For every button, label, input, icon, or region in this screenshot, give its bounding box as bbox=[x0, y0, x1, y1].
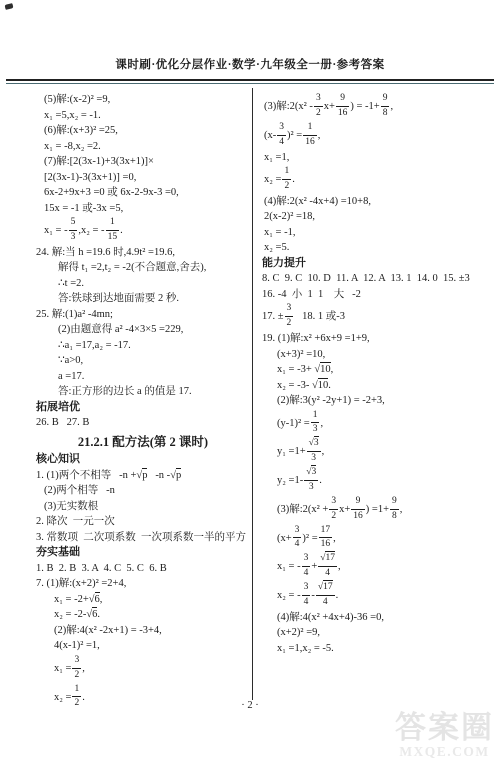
answer-line: 24. 解:当 h =19.6 时,4.9t² =19.6, bbox=[36, 245, 250, 261]
fraction: 1716 bbox=[319, 525, 333, 552]
answer-line: (3)解:2(x² +32x+916) =1+98, bbox=[262, 495, 484, 524]
answer-line: (5)解:(x-2)² =9, bbox=[36, 92, 250, 108]
sqrt-icon: √3 bbox=[309, 436, 319, 448]
section-label: 拓展培优 bbox=[36, 400, 250, 416]
sqrt-icon: √17 bbox=[320, 551, 335, 563]
fraction: √33 bbox=[307, 438, 321, 465]
sqrt-icon: √p bbox=[170, 468, 181, 481]
page-title: 课时刷·优化分层作业·数学·九年级全一册·参考答案 bbox=[0, 56, 500, 72]
answer-line: a =17. bbox=[36, 369, 250, 385]
fraction: 32 bbox=[285, 303, 294, 330]
answer-line: (x-34)² =116, bbox=[262, 121, 484, 150]
answer-line: 25. 解:(1)a² -4mn; bbox=[36, 307, 250, 323]
answer-line: 16. -4 小 1 1 大 -2 bbox=[262, 287, 484, 303]
sqrt-icon: √3 bbox=[306, 465, 316, 477]
answer-line: (2)解:4(x² -2x+1) = -3+4, bbox=[36, 623, 250, 639]
sqrt-icon: √6 bbox=[89, 592, 100, 605]
fraction: 116 bbox=[303, 122, 317, 149]
answer-line: (3)无实数根 bbox=[36, 499, 250, 515]
fraction: 32 bbox=[72, 655, 81, 682]
answer-line: 1. (1)两个不相等 -n +√p -n -√p bbox=[36, 468, 250, 484]
column-divider bbox=[252, 88, 253, 700]
watermark-site: MXQE.COM bbox=[395, 745, 494, 759]
answer-line: x₁ =1,x₂ = -5. bbox=[262, 641, 484, 657]
section-label: 能力提升 bbox=[262, 256, 484, 272]
answer-line: x₁ = -8,x₂ =2. bbox=[36, 139, 250, 155]
fraction: √33 bbox=[304, 467, 318, 494]
fraction: 34 bbox=[302, 582, 311, 609]
fraction: 115 bbox=[106, 217, 120, 244]
answer-line: x₂ =5. bbox=[262, 240, 484, 256]
answer-line: 19. (1)解:x² +6x+9 =1+9, bbox=[262, 331, 484, 347]
answer-line: [2(3x-1)-3(3x+1)] =0, bbox=[36, 170, 250, 186]
answer-line: (y-1)² =13, bbox=[262, 409, 484, 438]
fraction: 32 bbox=[314, 93, 323, 120]
header-rule bbox=[6, 79, 494, 81]
answer-line: (3)解:2(x² -32x+916) = -1+98, bbox=[262, 92, 484, 121]
answer-line: (6)解:(x+3)² =25, bbox=[36, 123, 250, 139]
answer-line: (x+34)² =1716, bbox=[262, 524, 484, 553]
answer-line: (x+2)² =9, bbox=[262, 625, 484, 641]
fraction: 98 bbox=[381, 93, 390, 120]
corner-artifact bbox=[5, 3, 14, 10]
answer-line: (4)解:2(x² -4x+4) =10+8, bbox=[262, 194, 484, 210]
answer-line: (2)解:3(y² -2y+1) = -2+3, bbox=[262, 393, 484, 409]
left-column: (5)解:(x-2)² =9,x₁ =5,x₂ = -1.(6)解:(x+3)²… bbox=[36, 92, 250, 711]
answer-line: 26. B 27. B bbox=[36, 415, 250, 431]
fraction: 53 bbox=[69, 217, 78, 244]
answer-line: ∵a>0, bbox=[36, 353, 250, 369]
page: { "header": { "title": "课时刷·优化分层作业·数学·九年… bbox=[0, 0, 500, 767]
answer-line: 2(x-2)² =18, bbox=[262, 209, 484, 225]
fraction: 32 bbox=[329, 496, 338, 523]
answer-line: (2)由题意得 a² -4×3×5 =229, bbox=[36, 322, 250, 338]
answer-line: x₁ = -2+√6, bbox=[36, 592, 250, 608]
answer-line: x₂ = -2-√6. bbox=[36, 607, 250, 623]
answer-line: x₁ = -53,x₂ = -115. bbox=[36, 216, 250, 245]
right-column: (3)解:2(x² -32x+916) = -1+98,(x-34)² =116… bbox=[262, 92, 484, 656]
answer-line: y₁ =1+√33, bbox=[262, 437, 484, 466]
answer-line: 答:铁球到达地面需要 2 秒. bbox=[36, 291, 250, 307]
fraction: √174 bbox=[316, 582, 335, 609]
answer-line: ∴t =2. bbox=[36, 276, 250, 292]
answer-line: (2)两个相等 -n bbox=[36, 483, 250, 499]
watermark-logo: 答案圈 bbox=[395, 712, 494, 745]
answer-line: x₂ = -3- √10. bbox=[262, 378, 484, 394]
answer-line: 答:正方形的边长 a 的值是 17. bbox=[36, 384, 250, 400]
answer-line: (7)解:[2(3x-1)+3(3x+1)]× bbox=[36, 154, 250, 170]
fraction: 34 bbox=[293, 525, 302, 552]
answer-line: 7. (1)解:(x+2)² =2+4, bbox=[36, 576, 250, 592]
answer-line: x₁ = -34+√174, bbox=[262, 552, 484, 581]
fraction: 916 bbox=[351, 496, 365, 523]
answer-line: 17. ±32 18. 1 或-3 bbox=[262, 302, 484, 331]
answer-line: 2. 降次 一元一次 bbox=[36, 514, 250, 530]
answer-line: x₁ = -1, bbox=[262, 225, 484, 241]
answer-line: ∴a₁ =17,a₂ = -17. bbox=[36, 338, 250, 354]
section-heading: 21.2.1 配方法(第 2 课时) bbox=[36, 435, 250, 451]
answer-line: 6x-2+9x+3 =0 或 6x-2-9x-3 =0, bbox=[36, 185, 250, 201]
sqrt-icon: √10 bbox=[314, 362, 330, 375]
answer-line: x₂ =12. bbox=[262, 165, 484, 194]
answer-line: 1. B 2. B 3. A 4. C 5. C 6. B bbox=[36, 561, 250, 577]
answer-line: y₂ =1-√33. bbox=[262, 466, 484, 495]
section-label: 核心知识 bbox=[36, 452, 250, 468]
fraction: 98 bbox=[390, 496, 399, 523]
answer-line: x₁ =5,x₂ = -1. bbox=[36, 108, 250, 124]
answer-line: 8. C 9. C 10. D 11. A 12. A 13. 1 14. 0 … bbox=[262, 271, 484, 287]
fraction: 13 bbox=[311, 410, 320, 437]
answer-line: x₁ =32, bbox=[36, 654, 250, 683]
answer-line: 解得 t₁ =2,t₂ = -2(不合题意,舍去), bbox=[36, 260, 250, 276]
fraction: √174 bbox=[318, 553, 337, 580]
answer-line: 4(x-1)² =1, bbox=[36, 638, 250, 654]
fraction: 34 bbox=[302, 553, 311, 580]
answer-line: (4)解:4(x² +4x+4)-36 =0, bbox=[262, 610, 484, 626]
answer-line: 3. 常数项 二次项系数 一次项系数一半的平方 bbox=[36, 530, 250, 546]
answer-line: x₁ =1, bbox=[262, 150, 484, 166]
fraction: 916 bbox=[336, 93, 350, 120]
answer-line: x₂ = -34-√174. bbox=[262, 581, 484, 610]
answer-line: 15x = -1 或-3x =5, bbox=[36, 201, 250, 217]
section-label: 夯实基础 bbox=[36, 545, 250, 561]
sqrt-icon: √6 bbox=[86, 607, 97, 620]
answer-line: x₁ = -3+ √10, bbox=[262, 362, 484, 378]
watermark: 答案圈 MXQE.COM bbox=[395, 712, 494, 759]
sqrt-icon: √17 bbox=[318, 580, 333, 592]
answer-line: (x+3)² =10, bbox=[262, 347, 484, 363]
header-rule-secondary bbox=[6, 83, 494, 84]
sqrt-icon: √p bbox=[136, 468, 147, 481]
fraction: 34 bbox=[277, 122, 286, 149]
sqrt-icon: √10 bbox=[312, 378, 328, 391]
fraction: 12 bbox=[282, 166, 291, 193]
